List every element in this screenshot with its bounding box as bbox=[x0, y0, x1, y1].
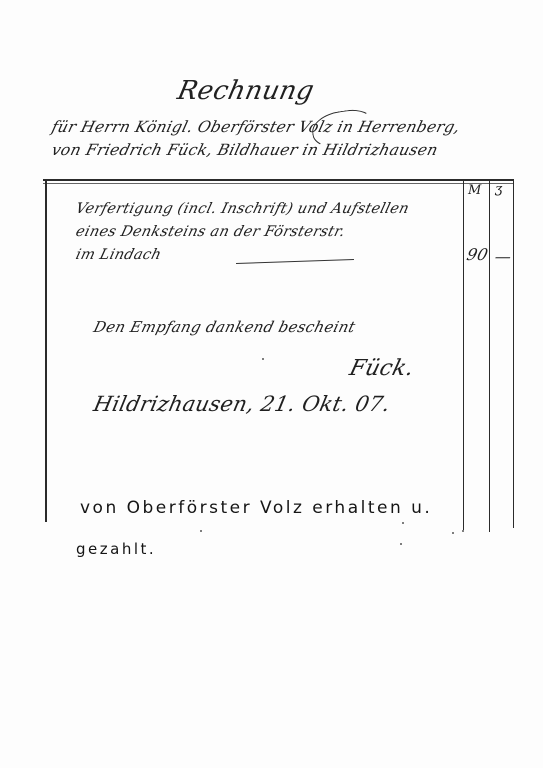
amount-mark: 90 bbox=[465, 245, 490, 264]
column-header-pfennig: ʒ bbox=[495, 182, 503, 197]
document-title: Rechnung bbox=[175, 76, 317, 106]
scan-speck bbox=[400, 543, 402, 545]
receipt-text: Den Empfang dankend bescheint bbox=[92, 318, 358, 336]
scan-speck bbox=[462, 530, 464, 532]
place-date: Hildrizhausen, 21. Okt. 07. bbox=[91, 392, 392, 416]
annotation-line-2: gezahlt. bbox=[76, 540, 156, 558]
scanned-invoice-page: Rechnung für Herrn Königl. Oberförster V… bbox=[0, 0, 543, 768]
table-left-border bbox=[45, 180, 47, 522]
annotation-line-1: von Oberförster Volz erhalten u. bbox=[80, 498, 432, 518]
signature: Fück. bbox=[347, 356, 417, 381]
entry-line-3: im Lindach bbox=[74, 247, 163, 263]
entry-line-1: Verfertigung (incl. Inschrift) und Aufst… bbox=[74, 201, 411, 217]
entry-fill-line bbox=[236, 259, 354, 264]
column-divider-mark bbox=[463, 180, 464, 530]
scan-speck bbox=[262, 358, 264, 360]
recipient-line: für Herrn Königl. Oberförster Volz in He… bbox=[50, 118, 462, 136]
scan-speck bbox=[402, 522, 404, 524]
table-right-border bbox=[513, 180, 514, 528]
scan-speck bbox=[200, 530, 202, 532]
amount-pfennig: — bbox=[493, 247, 513, 266]
column-divider-pfennig bbox=[489, 180, 490, 532]
table-top-border-inner bbox=[43, 183, 514, 184]
table-top-border bbox=[43, 179, 514, 181]
entry-line-2: eines Denksteins an der Försterstr. bbox=[74, 224, 347, 240]
column-header-mark: M bbox=[468, 183, 482, 198]
sender-line: von Friedrich Fück, Bildhauer in Hildriz… bbox=[50, 141, 440, 159]
scan-speck bbox=[452, 532, 454, 534]
